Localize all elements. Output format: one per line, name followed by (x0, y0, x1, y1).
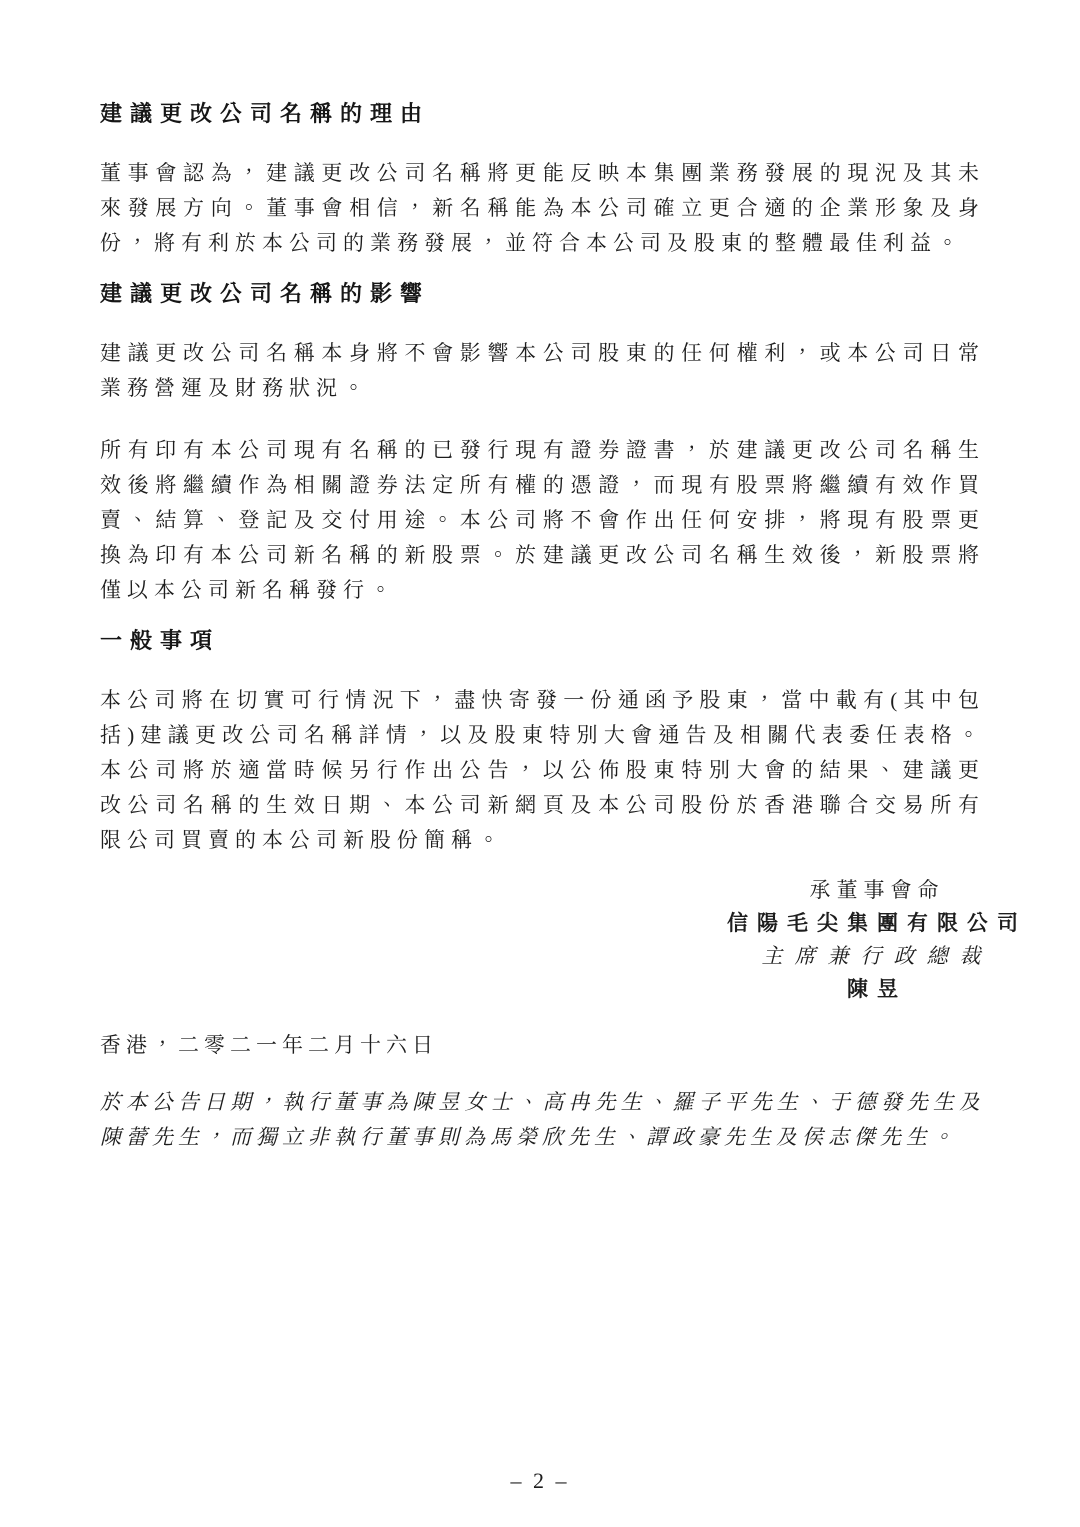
signer-title: 主席兼行政總裁 (687, 940, 1067, 973)
section-heading-reason: 建議更改公司名稱的理由 (100, 96, 985, 132)
signature-block: 承董事會命 信陽毛尖集團有限公司 主席兼行政總裁 陳昱 (687, 874, 1067, 1006)
page-number: – 2 – (0, 1468, 1080, 1494)
paragraph-effect-1: 建議更改公司名稱本身將不會影響本公司股東的任何權利，或本公司日常業務營運及財務狀… (100, 336, 985, 406)
paragraph-general: 本公司將在切實可行情況下，盡快寄發一份通函予股東，當中載有(其中包括)建議更改公… (100, 683, 985, 858)
document-page: 建議更改公司名稱的理由 董事會認為，建議更改公司名稱將更能反映本集團業務發展的現… (0, 0, 1080, 1527)
place-and-date-line: 香港，二零二一年二月十六日 (100, 1028, 985, 1063)
section-heading-effect: 建議更改公司名稱的影響 (100, 276, 985, 312)
paragraph-reason: 董事會認為，建議更改公司名稱將更能反映本集團業務發展的現況及其未來發展方向。董事… (100, 156, 985, 261)
announcement-body: 建議更改公司名稱的理由 董事會認為，建議更改公司名稱將更能反映本集團業務發展的現… (100, 96, 985, 1155)
company-name: 信陽毛尖集團有限公司 (687, 907, 1067, 940)
section-heading-general: 一般事項 (100, 623, 985, 659)
directors-note: 於本公告日期，執行董事為陳昱女士、高冉先生、羅子平先生、于德發先生及陳蕾先生，而… (100, 1085, 985, 1155)
paragraph-effect-2: 所有印有本公司現有名稱的已發行現有證券證書，於建議更改公司名稱生效後將繼續作為相… (100, 433, 985, 608)
signer-name: 陳昱 (687, 973, 1067, 1006)
by-order-of-board-line: 承董事會命 (687, 874, 1067, 907)
